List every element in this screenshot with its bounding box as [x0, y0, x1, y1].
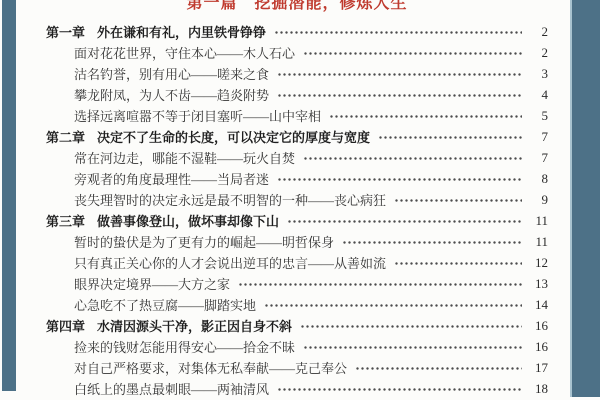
toc-row: 攀龙附凤，为人不齿——趋炎附势 4: [46, 84, 548, 105]
entry-title: 只有真正关心你的人才会说出逆耳的忠言——从善如流: [74, 253, 386, 272]
entry-title: 对自己严格要求，对集体无私奉献——克己奉公: [74, 358, 347, 377]
chapter-label: 第二章: [46, 127, 85, 146]
toc-row: 丧失理智时的决定永远是最不明智的一种——丧心病狂 9: [46, 189, 548, 210]
book-toc-page: 第一篇 挖掘潜能，修炼人生 第一章 外在谦和有礼，内里铁骨铮铮 2 面对花花世界…: [0, 0, 600, 400]
dot-leader: [304, 157, 522, 161]
toc-rows: 第一章 外在谦和有礼，内里铁骨铮铮 2 面对花花世界，守住本心——木人石心 2 …: [46, 21, 548, 399]
page-number: 18: [530, 381, 548, 397]
dot-leader: [343, 241, 522, 245]
toc-row: 面对花花世界，守住本心——木人石心 2: [46, 42, 548, 63]
entry-title: 眼界决定境界——大方之家: [74, 274, 230, 293]
entry-title: 做善事像登山，做坏事却像下山: [97, 211, 279, 230]
entry-title: 旁观者的角度最理性——当局者迷: [74, 169, 269, 188]
dot-leader: [278, 178, 522, 182]
page-number: 11: [530, 213, 548, 229]
entry-title: 丧失理智时的决定永远是最不明智的一种——丧心病狂: [74, 190, 386, 209]
dot-leader: [304, 346, 522, 350]
page-number: 7: [530, 150, 548, 166]
page-number: 12: [530, 255, 548, 271]
left-accent-bar: [2, 0, 16, 391]
toc-content: 第一篇 挖掘潜能，修炼人生 第一章 外在谦和有礼，内里铁骨铮铮 2 面对花花世界…: [46, 0, 548, 400]
dot-leader: [278, 388, 522, 392]
toc-row: 对自己严格要求，对集体无私奉献——克己奉公 17: [46, 357, 548, 378]
toc-row: 沽名钓誉，别有用心——嗟来之食 3: [46, 63, 548, 84]
dot-leader: [395, 199, 522, 203]
dot-leader: [275, 31, 522, 35]
page-number: 9: [530, 192, 548, 208]
dot-leader: [288, 220, 522, 224]
page-number: 14: [530, 297, 548, 313]
entry-title: 水清因源头干净，影正因自身不斜: [97, 316, 292, 335]
entry-title: 常在河边走，哪能不湿鞋——玩火自焚: [74, 148, 295, 167]
toc-row: 白纸上的墨点最刺眼——两袖清风 18: [46, 378, 548, 399]
dot-leader: [395, 262, 522, 266]
dot-leader: [356, 367, 522, 371]
toc-row: 第三章 做善事像登山，做坏事却像下山 11: [46, 210, 548, 231]
entry-title: 攀龙附凤，为人不齿——趋炎附势: [74, 85, 269, 104]
entry-title: 暂时的蛰伏是为了更有力的崛起——明哲保身: [74, 232, 334, 251]
toc-row: 心急吃不了热豆腐——脚踏实地 14: [46, 294, 548, 315]
toc-row: 选择远离喧嚣不等于闭目塞听——山中宰相 5: [46, 105, 548, 126]
dot-leader: [330, 115, 522, 119]
toc-row: 第四章 水清因源头干净，影正因自身不斜 16: [46, 315, 548, 336]
page-number: 16: [530, 318, 548, 334]
entry-title: 白纸上的墨点最刺眼——两袖清风: [74, 379, 269, 398]
page-number: 2: [530, 45, 548, 61]
page-number: 3: [530, 66, 548, 82]
toc-row: 旁观者的角度最理性——当局者迷 8: [46, 168, 548, 189]
dot-leader: [301, 325, 522, 329]
part-title: 第一篇 挖掘潜能，修炼人生: [46, 0, 548, 13]
entry-title: 选择远离喧嚣不等于闭目塞听——山中宰相: [74, 106, 321, 125]
dot-leader: [265, 304, 522, 308]
entry-title: 面对花花世界，守住本心——木人石心: [74, 43, 295, 62]
toc-row: 眼界决定境界——大方之家 13: [46, 273, 548, 294]
page-number: 17: [530, 360, 548, 376]
toc-row: 捡来的钱财怎能用得安心——拾金不昧 16: [46, 336, 548, 357]
page-number: 13: [530, 276, 548, 292]
toc-row: 暂时的蛰伏是为了更有力的崛起——明哲保身 11: [46, 231, 548, 252]
entry-title: 心急吃不了热豆腐——脚踏实地: [74, 295, 256, 314]
dot-leader: [278, 94, 522, 98]
page-number: 4: [530, 87, 548, 103]
page-number: 11: [530, 234, 548, 250]
page-number: 8: [530, 171, 548, 187]
toc-row: 常在河边走，哪能不湿鞋——玩火自焚 7: [46, 147, 548, 168]
chapter-label: 第三章: [46, 211, 85, 230]
entry-title: 捡来的钱财怎能用得安心——拾金不昧: [74, 337, 295, 356]
toc-row: 只有真正关心你的人才会说出逆耳的忠言——从善如流 12: [46, 252, 548, 273]
entry-title: 沽名钓誉，别有用心——嗟来之食: [74, 64, 269, 83]
toc-row: 第二章 决定不了生命的长度，可以决定它的厚度与宽度 7: [46, 126, 548, 147]
chapter-label: 第四章: [46, 316, 85, 335]
page-number: 16: [530, 339, 548, 355]
entry-title: 外在谦和有礼，内里铁骨铮铮: [97, 22, 266, 41]
dot-leader: [278, 73, 522, 77]
dot-leader: [304, 52, 522, 56]
entry-title: 决定不了生命的长度，可以决定它的厚度与宽度: [97, 127, 370, 146]
page-number: 2: [530, 24, 548, 40]
dot-leader: [239, 283, 522, 287]
chapter-label: 第一章: [46, 22, 85, 41]
dot-leader: [379, 136, 522, 140]
page-number: 7: [530, 129, 548, 145]
page-number: 5: [530, 108, 548, 124]
right-accent-bar: [570, 0, 600, 397]
toc-row: 第一章 外在谦和有礼，内里铁骨铮铮 2: [46, 21, 548, 42]
